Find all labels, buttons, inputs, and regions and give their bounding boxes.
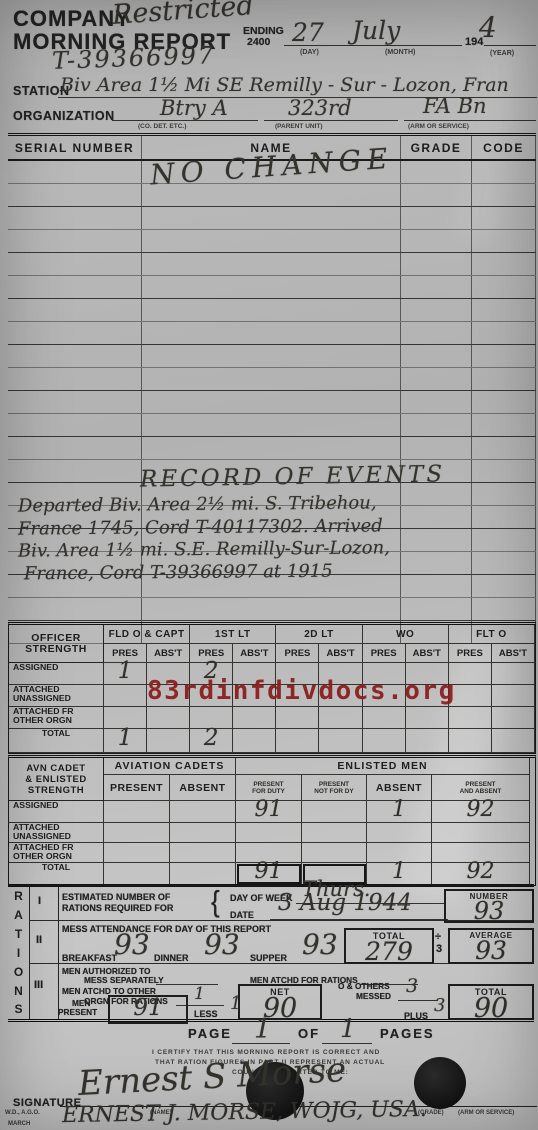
- org-co-handwritten: Btry A: [160, 98, 228, 119]
- officer-value-cell: [319, 707, 362, 729]
- roster-cell: [472, 322, 536, 344]
- roster-cell: [142, 391, 401, 413]
- roster-cell: [472, 598, 536, 620]
- enlisted-value-cell: [170, 801, 236, 823]
- divide-sign: ÷: [435, 931, 441, 943]
- roster-cell: [401, 598, 472, 620]
- enlisted-value-cell: [302, 843, 367, 863]
- year-sublabel: (YEAR): [490, 50, 514, 57]
- roster-cell: [401, 529, 472, 551]
- events-line: Biv. Area 1½ mi. S.E. Remilly-Sur-Lozon,: [18, 539, 390, 560]
- roster-cell: [8, 184, 142, 206]
- less-label: LESS: [194, 1009, 218, 1019]
- org-parent-handwritten: 323rd: [288, 98, 352, 119]
- roster-row: [8, 207, 536, 230]
- roster-cell: [142, 345, 401, 367]
- brace-glyph: {: [211, 884, 220, 920]
- roster-cell: [8, 322, 142, 344]
- o-others-line: [398, 1000, 438, 1001]
- roster-cell: [8, 368, 142, 390]
- enlisted-value-cell: 1: [367, 863, 432, 885]
- events-line: Departed Biv. Area 2½ mi. S. Tribehou,: [18, 494, 377, 515]
- officer-value-cell: [104, 685, 147, 707]
- enlisted-value-cell: [170, 863, 236, 885]
- organization-label: ORGANIZATION: [13, 109, 115, 123]
- roster-cell: [401, 299, 472, 321]
- roster-cell: [401, 552, 472, 574]
- roster-cell: [8, 161, 142, 183]
- roster-cell: [8, 414, 142, 436]
- officer-group-header: FLD O & CAPT: [104, 625, 190, 644]
- breakfast-label: BREAKFAST: [62, 953, 117, 963]
- roster-row: [8, 322, 536, 345]
- officer-value-cell: 1: [104, 729, 147, 753]
- watermark-text: 83rdinfdivdocs.org: [147, 676, 456, 706]
- roster-cell: [8, 230, 142, 252]
- roster-cell: [401, 506, 472, 528]
- morning-report-photo: COMPANY MORNING REPORT Restricted T-3936…: [0, 0, 538, 1130]
- officer-value-cell: [492, 729, 535, 753]
- average-value: 93: [450, 940, 532, 963]
- roster-row: [8, 230, 536, 253]
- roster-cell: [401, 437, 472, 459]
- plus-value: 3: [434, 997, 445, 1015]
- rations-date-label: DATE: [230, 910, 254, 920]
- enlisted-value-cell: 91: [236, 863, 302, 885]
- roster-cell: [401, 184, 472, 206]
- roster-cell: [472, 368, 536, 390]
- roster-header-cell: GRADE: [401, 136, 472, 159]
- roster-cell: [142, 322, 401, 344]
- rations-row-ii-numeral: II: [36, 934, 42, 946]
- officer-row-label: TOTAL: [9, 729, 104, 753]
- men-present-label2: PRESENT: [58, 1007, 97, 1017]
- officer-value-cell: [449, 707, 492, 729]
- enlisted-group-header: AVIATION CADETS: [104, 758, 236, 775]
- roster-cell: [142, 414, 401, 436]
- enlisted-value-cell: [170, 843, 236, 863]
- roster-cell: [142, 299, 401, 321]
- rations-estimated-label2: RATIONS REQUIRED FOR: [62, 903, 173, 913]
- rations-total-box: TOTAL 90: [448, 984, 534, 1020]
- page-label: PAGE: [188, 1026, 232, 1041]
- roster-cell: [472, 460, 536, 482]
- officer-subcol-header: ABS'T: [147, 644, 190, 663]
- org-arm-sublabel: (ARM OR SERVICE): [408, 123, 469, 130]
- officer-value-cell: [147, 707, 190, 729]
- divide-by-value: 3: [436, 943, 442, 955]
- roster-cell: [142, 230, 401, 252]
- enlisted-value-cell: [367, 823, 432, 843]
- officer-subcol-header: ABS'T: [492, 644, 535, 663]
- officer-row-label: ATTACHEDUNASSIGNED: [9, 685, 104, 707]
- rations-total-value: 90: [450, 997, 532, 1021]
- enlisted-value-cell: [104, 843, 170, 863]
- officer-value-cell: [147, 729, 190, 753]
- officer-subcol-header: ABS'T: [233, 644, 276, 663]
- roster-cell: [142, 253, 401, 275]
- enlisted-row-label: ATTACHED FROTHER ORGN: [9, 843, 104, 863]
- roster-cell: [142, 276, 401, 298]
- o-others-label1: O & OTHERS: [338, 981, 390, 991]
- officer-value-cell: [406, 707, 449, 729]
- enlisted-value-cell: [302, 823, 367, 843]
- roster-cell: [472, 391, 536, 413]
- year-handwritten: 4: [479, 14, 497, 42]
- rations-vertical-letter: N: [14, 984, 23, 998]
- rations-row-i-numeral: I: [38, 895, 41, 907]
- org-co-line: [112, 120, 258, 121]
- officer-value-cell: [319, 729, 362, 753]
- roster-cell: [142, 368, 401, 390]
- record-of-events-title: RECORD OF EVENTS: [140, 463, 446, 491]
- officer-strength-corner-label: OFFICERSTRENGTH: [9, 625, 104, 663]
- restricted-handwritten: Restricted: [111, 0, 254, 29]
- supper-value: 93: [302, 931, 338, 959]
- rations-vertical-letter: T: [15, 927, 22, 941]
- page-number-handwritten: 1: [254, 1016, 271, 1043]
- rations-date-handwritten: 3 Aug 1944: [278, 892, 412, 915]
- officer-subcol-header: PRES: [449, 644, 492, 663]
- rations-roman-column: I II III: [29, 887, 59, 1019]
- o-others-label2: MESSED: [356, 991, 391, 1001]
- day-sublabel: (DAY): [300, 49, 319, 56]
- roster-row: [8, 253, 536, 276]
- number-box-value: 93: [446, 901, 532, 923]
- officer-subcol-header: ABS'T: [319, 644, 362, 663]
- roster-cell: [472, 552, 536, 574]
- roster-row: [8, 598, 536, 621]
- rations-row-iii-numeral: III: [34, 979, 43, 991]
- rations-vertical-label: RATIONS: [8, 887, 30, 1019]
- o-others-value: 3: [406, 977, 418, 996]
- net-value: 90: [240, 997, 320, 1021]
- officer-value-cell: [363, 707, 406, 729]
- officer-value-cell: [449, 729, 492, 753]
- serial-number-handwritten: T-39366997: [52, 43, 216, 73]
- ending-time: 2400: [247, 36, 270, 48]
- roster-cell: [472, 345, 536, 367]
- roster-row: [8, 368, 536, 391]
- roster-cell: [472, 414, 536, 436]
- rations-vertical-letter: A: [14, 908, 23, 922]
- pages-number-handwritten: 1: [340, 1016, 356, 1041]
- enlisted-value-cell: 1: [367, 801, 432, 823]
- roster-cell: [8, 437, 142, 459]
- enlisted-row-label: TOTAL: [9, 863, 104, 885]
- net-box: NET 90: [238, 984, 322, 1020]
- org-arm-line: [404, 120, 536, 121]
- roster-cell: [472, 506, 536, 528]
- roster-cell: [472, 437, 536, 459]
- enlisted-value-cell: 91: [236, 801, 302, 823]
- roster-row: [8, 299, 536, 322]
- of-label: OF: [298, 1026, 320, 1041]
- pages-label: PAGES: [380, 1026, 435, 1041]
- officer-value-cell: 2: [190, 729, 233, 753]
- officer-subcol-header: PRES: [276, 644, 319, 663]
- events-line: France 1745, Cord T-40117302. Arrived: [18, 517, 383, 538]
- officer-value-cell: [492, 707, 535, 729]
- roster-cell: [472, 575, 536, 597]
- org-parent-sublabel: (PARENT UNIT): [275, 123, 323, 130]
- arm-sublabel: (ARM OR SERVICE): [458, 1110, 514, 1116]
- roster-cell: [472, 299, 536, 321]
- mess-total-box: TOTAL 279: [344, 928, 434, 964]
- officer-subcol-header: PRES: [363, 644, 406, 663]
- roster-cell: [8, 391, 142, 413]
- roster-cell: [472, 276, 536, 298]
- year-line: [484, 45, 536, 46]
- enlisted-col-header: ABSENT: [170, 775, 236, 801]
- dinner-label: DINNER: [154, 953, 189, 963]
- rations-section: RATIONS I II III ESTIMATED NUMBER OF RAT…: [8, 884, 534, 1022]
- roster-cell: [472, 483, 536, 505]
- officer-value-cell: [406, 729, 449, 753]
- enlisted-value-cell: [104, 863, 170, 885]
- enlisted-row-label: ATTACHEDUNASSIGNED: [9, 823, 104, 843]
- officer-row-label: ASSIGNED: [9, 663, 104, 685]
- mess-total-value: 279: [346, 941, 432, 964]
- officer-value-cell: 1: [104, 663, 147, 685]
- roster-row: [8, 184, 536, 207]
- officer-value-cell: [233, 729, 276, 753]
- roster-cell: [8, 276, 142, 298]
- officer-value-cell: [276, 729, 319, 753]
- plus-label: PLUS: [404, 1011, 428, 1021]
- enlisted-corner-label: AVN CADET& ENLISTEDSTRENGTH: [9, 758, 104, 801]
- enlisted-group-header: ENLISTED MEN: [236, 758, 530, 775]
- pages-line: [322, 1043, 372, 1044]
- roster-cell: [401, 230, 472, 252]
- day-handwritten: 27: [292, 20, 324, 45]
- roster-cell: [472, 161, 536, 183]
- roster-cell: [401, 253, 472, 275]
- enlisted-col-header: PRESENTNOT FOR DY: [302, 775, 367, 801]
- roster-cell: [401, 276, 472, 298]
- number-box: NUMBER 93: [444, 889, 534, 923]
- org-co-sublabel: (CO. DET. ETC.): [138, 123, 186, 130]
- roster-cell: [142, 207, 401, 229]
- roster-cell: [142, 598, 401, 620]
- roster-cell: [472, 529, 536, 551]
- mess-separately-line: [156, 984, 218, 985]
- less-value: 1: [230, 995, 241, 1013]
- enlisted-value-cell: [432, 823, 530, 843]
- enlisted-col-header: PRESENT: [104, 775, 170, 801]
- rations-estimated-label1: ESTIMATED NUMBER OF: [62, 892, 170, 902]
- roster-row: [8, 345, 536, 368]
- org-parent-line: [264, 120, 398, 121]
- roster-row: [8, 391, 536, 414]
- rations-vertical-letter: R: [14, 889, 23, 903]
- events-line: France, Cord T-39366997 at 1915: [24, 563, 333, 584]
- officer-row-label: ATTACHED FROTHER ORGN: [9, 707, 104, 729]
- rations-vertical-letter: S: [14, 1002, 22, 1016]
- atchd-other-value: 1: [194, 986, 205, 1003]
- month-sublabel: (MONTH): [385, 49, 415, 56]
- officer-group-header: FLT O: [449, 625, 535, 644]
- enlisted-value-cell: [236, 823, 302, 843]
- roster-cell: [8, 253, 142, 275]
- roster-row: [8, 414, 536, 437]
- roster-cell: [472, 184, 536, 206]
- enlisted-value-cell: [104, 823, 170, 843]
- dinner-value: 93: [204, 931, 240, 959]
- enlisted-value-cell: [170, 823, 236, 843]
- month-handwritten: July: [352, 18, 400, 43]
- roster-cell: [472, 207, 536, 229]
- form-id-small-print: W.D., A.G.O.: [5, 1110, 40, 1116]
- officer-subcol-header: ABS'T: [406, 644, 449, 663]
- rations-vertical-letter: I: [17, 946, 20, 960]
- roster-cell: [142, 437, 401, 459]
- roster-row: [8, 276, 536, 299]
- officer-value-cell: [276, 707, 319, 729]
- enlisted-value-cell: [104, 801, 170, 823]
- officer-value-cell: [363, 729, 406, 753]
- enlisted-strength-table: AVN CADET& ENLISTEDSTRENGTHAVIATION CADE…: [8, 755, 536, 886]
- form-date-small-print: MARCH: [8, 1121, 30, 1127]
- rations-vertical-letter: O: [14, 965, 23, 979]
- roster-header-cell: SERIAL NUMBER: [8, 136, 142, 159]
- station-handwritten: Biv Area 1½ Mi SE Remilly - Sur - Lozon,…: [60, 76, 509, 95]
- officer-value-cell: [492, 685, 535, 707]
- roster-cell: [8, 460, 142, 482]
- rations-date-line: [270, 919, 448, 920]
- org-arm-handwritten: FA Bn: [423, 96, 487, 117]
- men-authorized-label2: MESS SEPARATELY: [84, 975, 164, 985]
- roster-cell: [401, 345, 472, 367]
- average-box: AVERAGE 93: [448, 928, 534, 964]
- roster-cell: [472, 253, 536, 275]
- officer-value-cell: [492, 663, 535, 685]
- roster-cell: [8, 598, 142, 620]
- roster-cell: [8, 345, 142, 367]
- officer-group-header: 2D LT: [276, 625, 362, 644]
- roster-cell: [401, 322, 472, 344]
- roster-header-cell: CODE: [472, 136, 536, 159]
- men-present-value: 91: [110, 998, 186, 1019]
- officer-group-header: 1ST LT: [190, 625, 276, 644]
- roster-cell: [472, 230, 536, 252]
- men-present-box: 91: [108, 995, 188, 1024]
- roster-row: [8, 437, 536, 460]
- officer-group-header: WO: [363, 625, 449, 644]
- enlisted-value-cell: 92: [432, 863, 530, 885]
- roster-cell: [401, 368, 472, 390]
- supper-label: SUPPER: [250, 953, 287, 963]
- officer-value-cell: [233, 707, 276, 729]
- roster-cell: [401, 391, 472, 413]
- roster-cell: [401, 161, 472, 183]
- roster-cell: [8, 299, 142, 321]
- enlisted-value-cell: [302, 801, 367, 823]
- enlisted-row-label: ASSIGNED: [9, 801, 104, 823]
- roster-cell: [401, 207, 472, 229]
- roster-cell: [8, 207, 142, 229]
- roster-cell: [401, 575, 472, 597]
- printed-name-handwritten: ERNEST J. MORSE, WOJG, USA.: [62, 1099, 427, 1127]
- enlisted-value-cell: 92: [432, 801, 530, 823]
- breakfast-value: 93: [114, 931, 150, 959]
- signature-handwritten: Ernest S Morse: [77, 1053, 347, 1101]
- roster-cell: [401, 414, 472, 436]
